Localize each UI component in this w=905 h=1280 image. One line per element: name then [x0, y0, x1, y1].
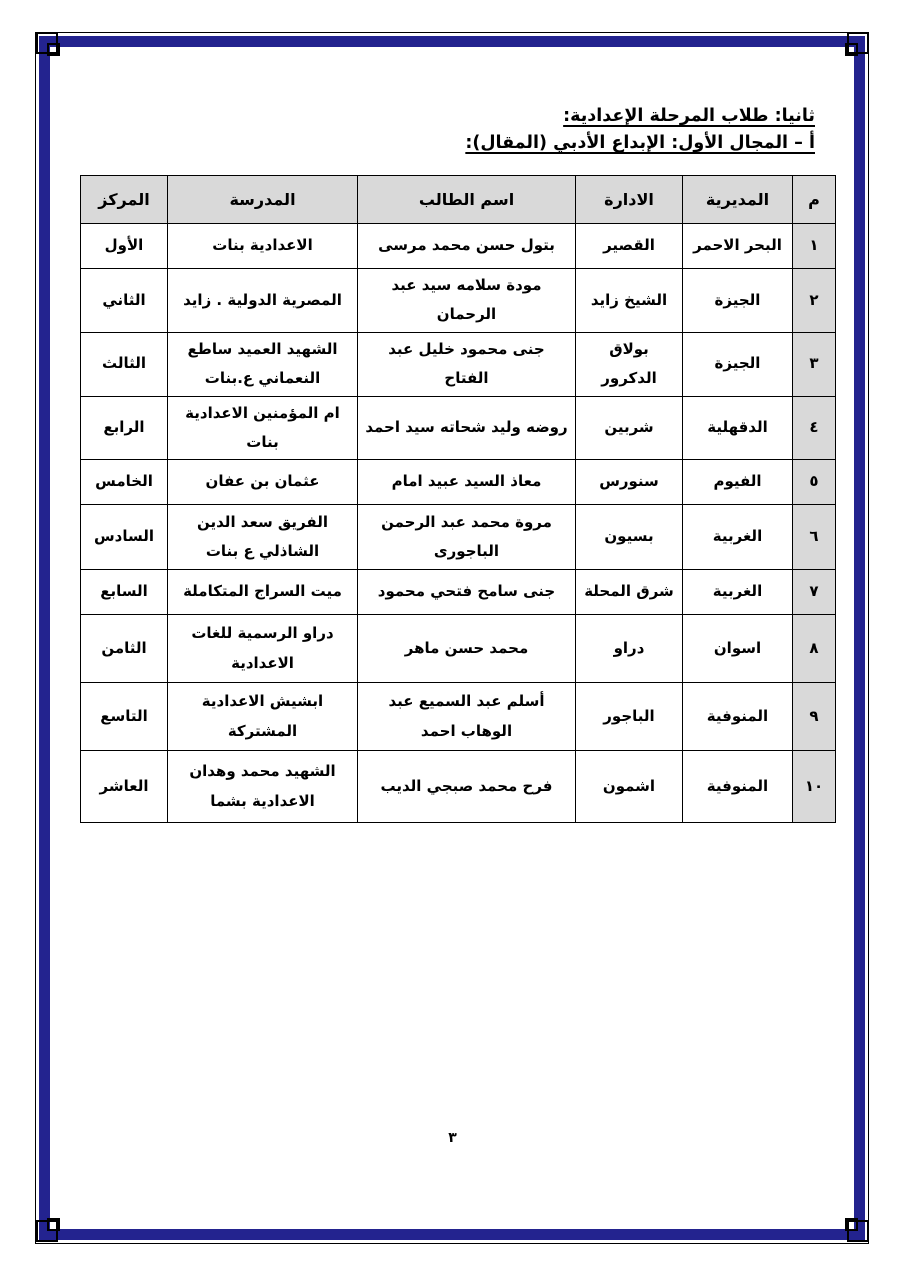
cell-student-name: جنى محمود خليل عبد الفتاح [358, 332, 576, 396]
cell-serial: ١٠ [793, 751, 836, 823]
table-row: ٢الجيزةالشيخ زايدمودة سلامه سيد عبد الرح… [81, 269, 836, 333]
cell-directorate: اسوان [683, 615, 793, 683]
cell-serial: ٧ [793, 570, 836, 615]
cell-directorate: البحر الاحمر [683, 224, 793, 269]
cell-student-name: بتول حسن محمد مرسى [358, 224, 576, 269]
cell-rank: الأول [81, 224, 168, 269]
cell-serial: ٢ [793, 269, 836, 333]
cell-student-name: روضه وليد شحاته سيد احمد [358, 396, 576, 460]
cell-rank: السادس [81, 505, 168, 570]
cell-administration: اشمون [576, 751, 683, 823]
cell-student-name: جنى سامح فتحي محمود [358, 570, 576, 615]
table-row: ٩المنوفيةالباجورأسلم عبد السميع عبد الوه… [81, 683, 836, 751]
cell-serial: ٨ [793, 615, 836, 683]
corner-ornament-bottom-left-icon [36, 1218, 60, 1242]
cell-school: ميت السراج المتكاملة [168, 570, 358, 615]
cell-student-name: مودة سلامه سيد عبد الرحمان [358, 269, 576, 333]
cell-school: عثمان بن عفان [168, 460, 358, 505]
cell-rank: الثاني [81, 269, 168, 333]
cell-school: ام المؤمنين الاعدادية بنات [168, 396, 358, 460]
corner-ornament-top-left-icon [36, 32, 60, 56]
cell-rank: التاسع [81, 683, 168, 751]
table-row: ٦الغربيةبسيونمروة محمد عبد الرحمن الباجو… [81, 505, 836, 570]
cell-administration: بسيون [576, 505, 683, 570]
cell-directorate: الدقهلية [683, 396, 793, 460]
cell-directorate: الغربية [683, 505, 793, 570]
table-row: ٥الفيومسنورسمعاذ السيد عبيد امامعثمان بن… [81, 460, 836, 505]
cell-school: دراو الرسمية للغات الاعدادية [168, 615, 358, 683]
cell-student-name: معاذ السيد عبيد امام [358, 460, 576, 505]
cell-student-name: محمد حسن ماهر [358, 615, 576, 683]
table-header-row: مالمديريةالادارةاسم الطالبالمدرسةالمركز [81, 176, 836, 224]
corner-ornament-top-right-icon [845, 32, 869, 56]
cell-directorate: الغربية [683, 570, 793, 615]
cell-school: الاعدادية بنات [168, 224, 358, 269]
cell-serial: ٤ [793, 396, 836, 460]
corner-ornament-bottom-right-icon [845, 1218, 869, 1242]
cell-student-name: أسلم عبد السميع عبد الوهاب احمد [358, 683, 576, 751]
cell-serial: ١ [793, 224, 836, 269]
cell-administration: شرق المحلة [576, 570, 683, 615]
cell-serial: ٥ [793, 460, 836, 505]
cell-serial: ٦ [793, 505, 836, 570]
column-header-rank: المركز [81, 176, 168, 224]
cell-student-name: فرح محمد صبجي الديب [358, 751, 576, 823]
column-header-directorate: المديرية [683, 176, 793, 224]
cell-school: الشهيد العميد ساطع النعماني ع.بنات [168, 332, 358, 396]
table-row: ٧الغربيةشرق المحلةجنى سامح فتحي محمودميت… [81, 570, 836, 615]
table-row: ٣الجيزةبولاق الدكرورجنى محمود خليل عبد ا… [81, 332, 836, 396]
cell-rank: الثالث [81, 332, 168, 396]
column-header-administration: الادارة [576, 176, 683, 224]
cell-school: ابشيش الاعدادية المشتركة [168, 683, 358, 751]
cell-rank: العاشر [81, 751, 168, 823]
cell-rank: الثامن [81, 615, 168, 683]
cell-serial: ٩ [793, 683, 836, 751]
results-table: مالمديريةالادارةاسم الطالبالمدرسةالمركز … [80, 175, 836, 823]
table-row: ١البحر الاحمرالقصيربتول حسن محمد مرسىالا… [81, 224, 836, 269]
cell-directorate: الفيوم [683, 460, 793, 505]
section-title: ثانيا: طلاب المرحلة الإعدادية: [465, 103, 815, 130]
cell-administration: بولاق الدكرور [576, 332, 683, 396]
table-row: ١٠المنوفيةاشمونفرح محمد صبجي الديبالشهيد… [81, 751, 836, 823]
cell-administration: دراو [576, 615, 683, 683]
cell-student-name: مروة محمد عبد الرحمن الباجورى [358, 505, 576, 570]
table-row: ٨اسواندراومحمد حسن ماهردراو الرسمية للغا… [81, 615, 836, 683]
cell-rank: الرابع [81, 396, 168, 460]
column-header-student: اسم الطالب [358, 176, 576, 224]
cell-administration: الشيخ زايد [576, 269, 683, 333]
cell-administration: الباجور [576, 683, 683, 751]
cell-rank: الخامس [81, 460, 168, 505]
title-block: ثانيا: طلاب المرحلة الإعدادية: أ – المجا… [465, 103, 815, 157]
cell-administration: شربين [576, 396, 683, 460]
cell-directorate: المنوفية [683, 751, 793, 823]
table-row: ٤الدقهليةشربينروضه وليد شحاته سيد احمدام… [81, 396, 836, 460]
cell-administration: سنورس [576, 460, 683, 505]
cell-directorate: الجيزة [683, 332, 793, 396]
cell-school: المصرية الدولية . زايد [168, 269, 358, 333]
cell-directorate: الجيزة [683, 269, 793, 333]
cell-serial: ٣ [793, 332, 836, 396]
page-number: ٣ [0, 1130, 905, 1146]
subsection-title: أ – المجال الأول: الإبداع الأدبي (المقال… [465, 130, 815, 157]
cell-administration: القصير [576, 224, 683, 269]
cell-school: الشهيد محمد وهدان الاعدادية بشما [168, 751, 358, 823]
cell-directorate: المنوفية [683, 683, 793, 751]
column-header-school: المدرسة [168, 176, 358, 224]
cell-school: الفريق سعد الدين الشاذلي ع بنات [168, 505, 358, 570]
column-header-num: م [793, 176, 836, 224]
cell-rank: السابع [81, 570, 168, 615]
